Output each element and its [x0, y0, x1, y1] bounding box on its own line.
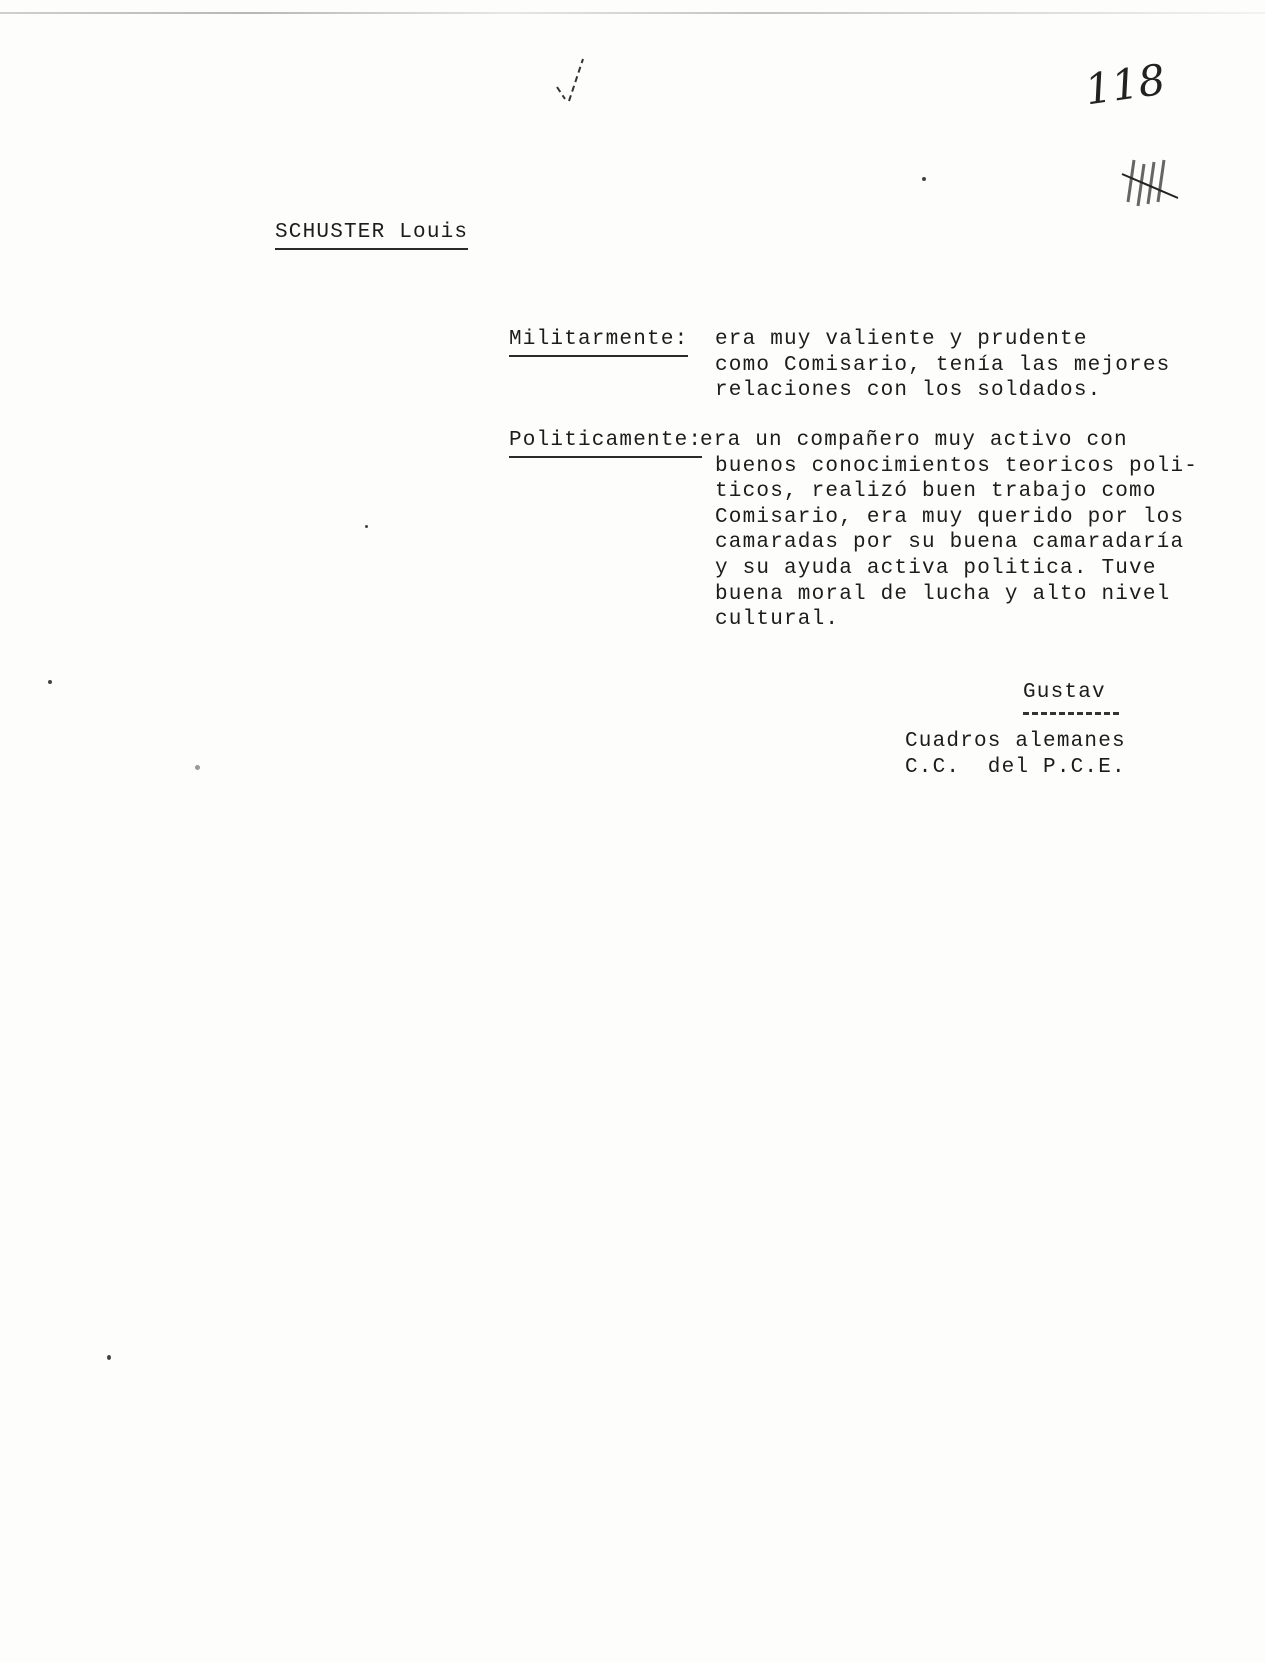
scan-speck [922, 177, 926, 181]
scan-speck [107, 1355, 111, 1360]
handwritten-check-mark-icon [555, 55, 585, 105]
scan-speck [48, 680, 52, 684]
person-name-heading: SCHUSTER Louis [275, 220, 468, 250]
folio-number: 118 [1082, 55, 1168, 115]
tally-mark-icon [1120, 150, 1180, 210]
signature-name: Gustav [1023, 680, 1106, 706]
political-line: ticos, realizó buen trabajo como [715, 479, 1157, 505]
political-line: Comisario, era muy querido por los [715, 505, 1184, 531]
signature-org-line: Cuadros alemanes [905, 729, 1126, 755]
page-top-edge [0, 12, 1265, 14]
political-line: era un compañero muy activo con [700, 428, 1128, 454]
military-line: era muy valiente y prudente [715, 327, 1088, 353]
political-line: buenos conocimientos teoricos poli- [715, 454, 1198, 480]
political-line: camaradas por su buena camaradaría [715, 530, 1184, 556]
political-line: y su ayuda activa politica. Tuve [715, 556, 1157, 582]
political-line: cultural. [715, 607, 839, 633]
section-label-political: Politicamente: [509, 428, 702, 458]
signature-org-line: C.C. del P.C.E. [905, 755, 1126, 781]
military-line: como Comisario, tenía las mejores [715, 353, 1170, 379]
scan-speck [365, 525, 368, 528]
political-line: buena moral de lucha y alto nivel [715, 582, 1170, 608]
scan-speck [195, 765, 200, 770]
military-line: relaciones con los soldados. [715, 378, 1101, 404]
section-label-military: Militarmente: [509, 327, 688, 357]
signature-underline [1023, 712, 1119, 715]
